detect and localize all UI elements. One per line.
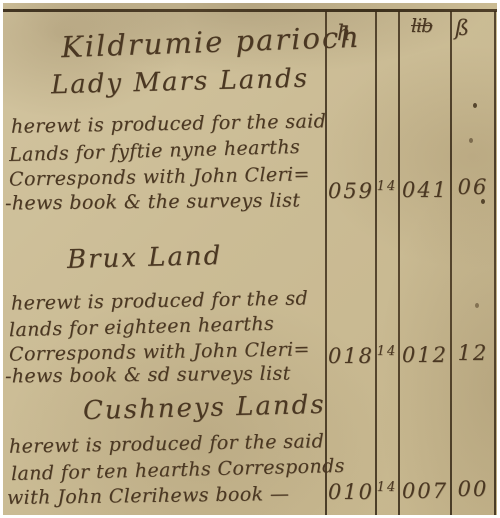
column-header-shillings: ß [455, 16, 469, 40]
entry-text-line: with John Clerihews book — [7, 483, 290, 509]
pounds-value: 041 [400, 178, 450, 202]
hearths-value: 018 [327, 344, 375, 368]
column-header-hearths: h [337, 21, 351, 45]
entry-text-line: Corresponds with John Cleri= [9, 163, 310, 190]
manuscript-page: Kildrumie parioch h lib ß Lady Mars Land… [0, 0, 500, 518]
entry-text-line: -hews book & sd surveys list [5, 363, 291, 388]
top-ruled-line [3, 9, 497, 12]
shillings-value: 06 [452, 175, 494, 199]
ink-dot [475, 303, 479, 308]
entry-text-line: herewt is produced for the sd [11, 287, 308, 314]
ink-dot [481, 199, 485, 204]
pounds-value: 007 [400, 479, 450, 503]
rate-value: 14 [376, 344, 398, 359]
section-heading-brux-land: Brux Land [67, 241, 223, 275]
column-header-pounds: lib [411, 15, 432, 37]
hearths-value: 059 [327, 179, 375, 203]
rate-value: 14 [376, 179, 398, 194]
ink-dot [469, 138, 473, 143]
column-rule-right-margin [494, 11, 496, 515]
pounds-value: 012 [400, 343, 450, 367]
entry-text-line: Corresponds with John Cleri= [9, 338, 310, 365]
section-heading-cushneys-lands: Cushneys Lands [83, 390, 326, 426]
column-rule-pounds-left [398, 11, 400, 515]
entry-text-line: lands for eighteen hearths [9, 313, 275, 341]
entry-text-line: Lands for fyftie nyne hearths [9, 136, 301, 166]
shillings-value: 00 [452, 477, 494, 501]
column-rule-hearths-left [325, 11, 327, 515]
rate-value: 14 [376, 480, 398, 495]
entry-text-line: herewt is produced for the said [11, 110, 327, 137]
entry-text-line: land for ten hearths Corresponds [11, 455, 345, 485]
entry-text-line: herewt is produced for the said [9, 430, 325, 457]
ink-dot [473, 103, 477, 108]
column-rule-shillings-left [450, 11, 452, 515]
shillings-value: 12 [452, 341, 494, 365]
section-heading-lady-mars-lands: Lady Mars Lands [51, 64, 310, 101]
page-title: Kildrumie parioch [60, 20, 361, 64]
hearths-value: 010 [327, 480, 375, 504]
entry-text-line: -hews book & the surveys list [5, 189, 301, 214]
column-rule-rate-left [375, 11, 377, 515]
